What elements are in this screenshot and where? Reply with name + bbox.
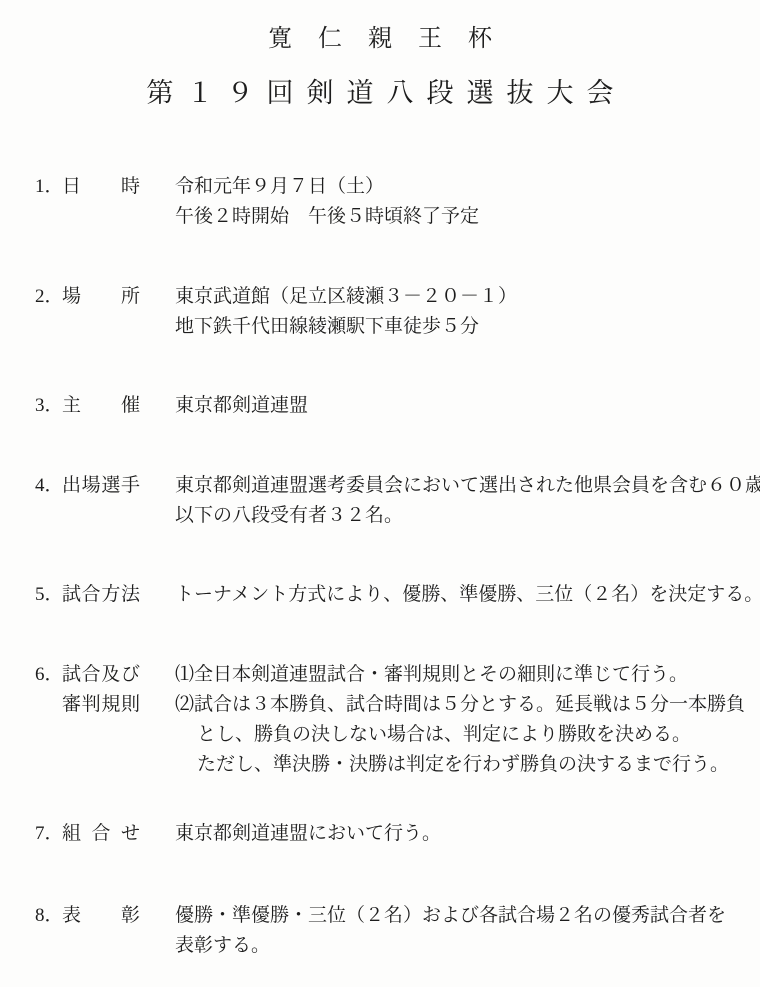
item-place: 2．場所 東京武道館（足立区綾瀬３－２０－１） 地下鉄千代田線綾瀬駅下車徒歩５分 (35, 282, 745, 342)
item-match-format: 5．試合方法 トーナメント方式により、優勝、準優勝、三位（２名）を決定する。 (35, 580, 745, 610)
item-body: ⑴全日本剣道連盟試合・審判規則とその細則に準じて行う。 ⑵試合は３本勝負、試合時… (175, 660, 760, 780)
item-heading: 3．主催 (35, 391, 140, 421)
item-label: 出場選手 (62, 471, 140, 501)
item-number: 6． (35, 660, 62, 690)
item-rules: 6．試合及び 審判規則 ⑴全日本剣道連盟試合・審判規則とその細則に準じて行う。 … (35, 660, 745, 780)
item-body: 東京都剣道連盟において行う。 (175, 819, 760, 849)
item-number: 3． (35, 391, 62, 421)
item-label: 試合方法 (62, 580, 140, 610)
item-text-line: 優勝・準優勝・三位（２名）および各試合場２名の優秀試合者を (175, 901, 760, 931)
item-number: 7． (35, 819, 62, 849)
item-number: 8． (35, 901, 62, 931)
item-text-line: ただし、準決勝・決勝は判定を行わず勝負の決するまで行う。 (175, 750, 760, 780)
item-heading: 6．試合及び 審判規則 (35, 660, 140, 690)
item-body: 優勝・準優勝・三位（２名）および各試合場２名の優秀試合者を 表彰する。 (175, 901, 760, 961)
item-text-line: 東京都剣道連盟において行う。 (175, 819, 760, 849)
item-heading: 1．日時 (35, 172, 140, 202)
item-date-time: 1．日時 令和元年９月７日（土） 午後２時開始 午後５時頃終了予定 (35, 172, 745, 232)
item-label: 場所 (62, 282, 140, 312)
item-label: 表彰 (62, 901, 140, 931)
item-heading: 2．場所 (35, 282, 140, 312)
item-label: 組合せ (62, 819, 140, 849)
item-body: 東京武道館（足立区綾瀬３－２０－１） 地下鉄千代田線綾瀬駅下車徒歩５分 (175, 282, 760, 342)
document-subtitle: 第１９回剣道八段選抜大会 (0, 74, 760, 112)
item-text-line: 午後２時開始 午後５時頃終了予定 (175, 202, 760, 232)
item-number: 1． (35, 172, 62, 202)
item-label: 主催 (62, 391, 140, 421)
item-participants: 4．出場選手 東京都剣道連盟選考委員会において選出された他県会員を含む６０歳 以… (35, 471, 745, 531)
item-body: 東京都剣道連盟選考委員会において選出された他県会員を含む６０歳 以下の八段受有者… (175, 471, 760, 531)
item-text-line: トーナメント方式により、優勝、準優勝、三位（２名）を決定する。 (175, 580, 760, 610)
item-text-line: 東京武道館（足立区綾瀬３－２０－１） (175, 282, 760, 312)
item-text-line: 地下鉄千代田線綾瀬駅下車徒歩５分 (175, 312, 760, 342)
item-text-line: 東京都剣道連盟選考委員会において選出された他県会員を含む６０歳 (175, 471, 760, 501)
item-number: 5． (35, 580, 62, 610)
item-text-line: 東京都剣道連盟 (175, 391, 760, 421)
document-page: 寛仁親王杯 第１９回剣道八段選抜大会 1．日時 令和元年９月７日（土） 午後２時… (0, 0, 760, 987)
item-label: 試合及び (62, 660, 140, 690)
item-body: 令和元年９月７日（土） 午後２時開始 午後５時頃終了予定 (175, 172, 760, 232)
item-awards: 8．表彰 優勝・準優勝・三位（２名）および各試合場２名の優秀試合者を 表彰する。 (35, 901, 745, 961)
item-organizer: 3．主催 東京都剣道連盟 (35, 391, 745, 421)
item-heading: 5．試合方法 (35, 580, 140, 610)
item-heading: 8．表彰 (35, 901, 140, 931)
item-body: 東京都剣道連盟 (175, 391, 760, 421)
document-title: 寛仁親王杯 (0, 22, 760, 56)
item-label: 日時 (62, 172, 140, 202)
item-pairings: 7．組合せ 東京都剣道連盟において行う。 (35, 819, 745, 849)
item-number: 2． (35, 282, 62, 312)
item-heading: 4．出場選手 (35, 471, 140, 501)
item-heading: 7．組合せ (35, 819, 140, 849)
item-text-line: 令和元年９月７日（土） (175, 172, 760, 202)
item-number: 4． (35, 471, 62, 501)
item-text-line: 以下の八段受有者３２名。 (175, 501, 760, 531)
item-text-line: ⑴全日本剣道連盟試合・審判規則とその細則に準じて行う。 (175, 660, 760, 690)
item-text-line: とし、勝負の決しない場合は、判定により勝敗を決める。 (175, 720, 760, 750)
item-label-second-line: 審判規則 (62, 690, 140, 720)
item-text-line: 表彰する。 (175, 931, 760, 961)
item-text-line: ⑵試合は３本勝負、試合時間は５分とする。延長戦は５分一本勝負 (175, 690, 760, 720)
item-body: トーナメント方式により、優勝、準優勝、三位（２名）を決定する。 (175, 580, 760, 610)
